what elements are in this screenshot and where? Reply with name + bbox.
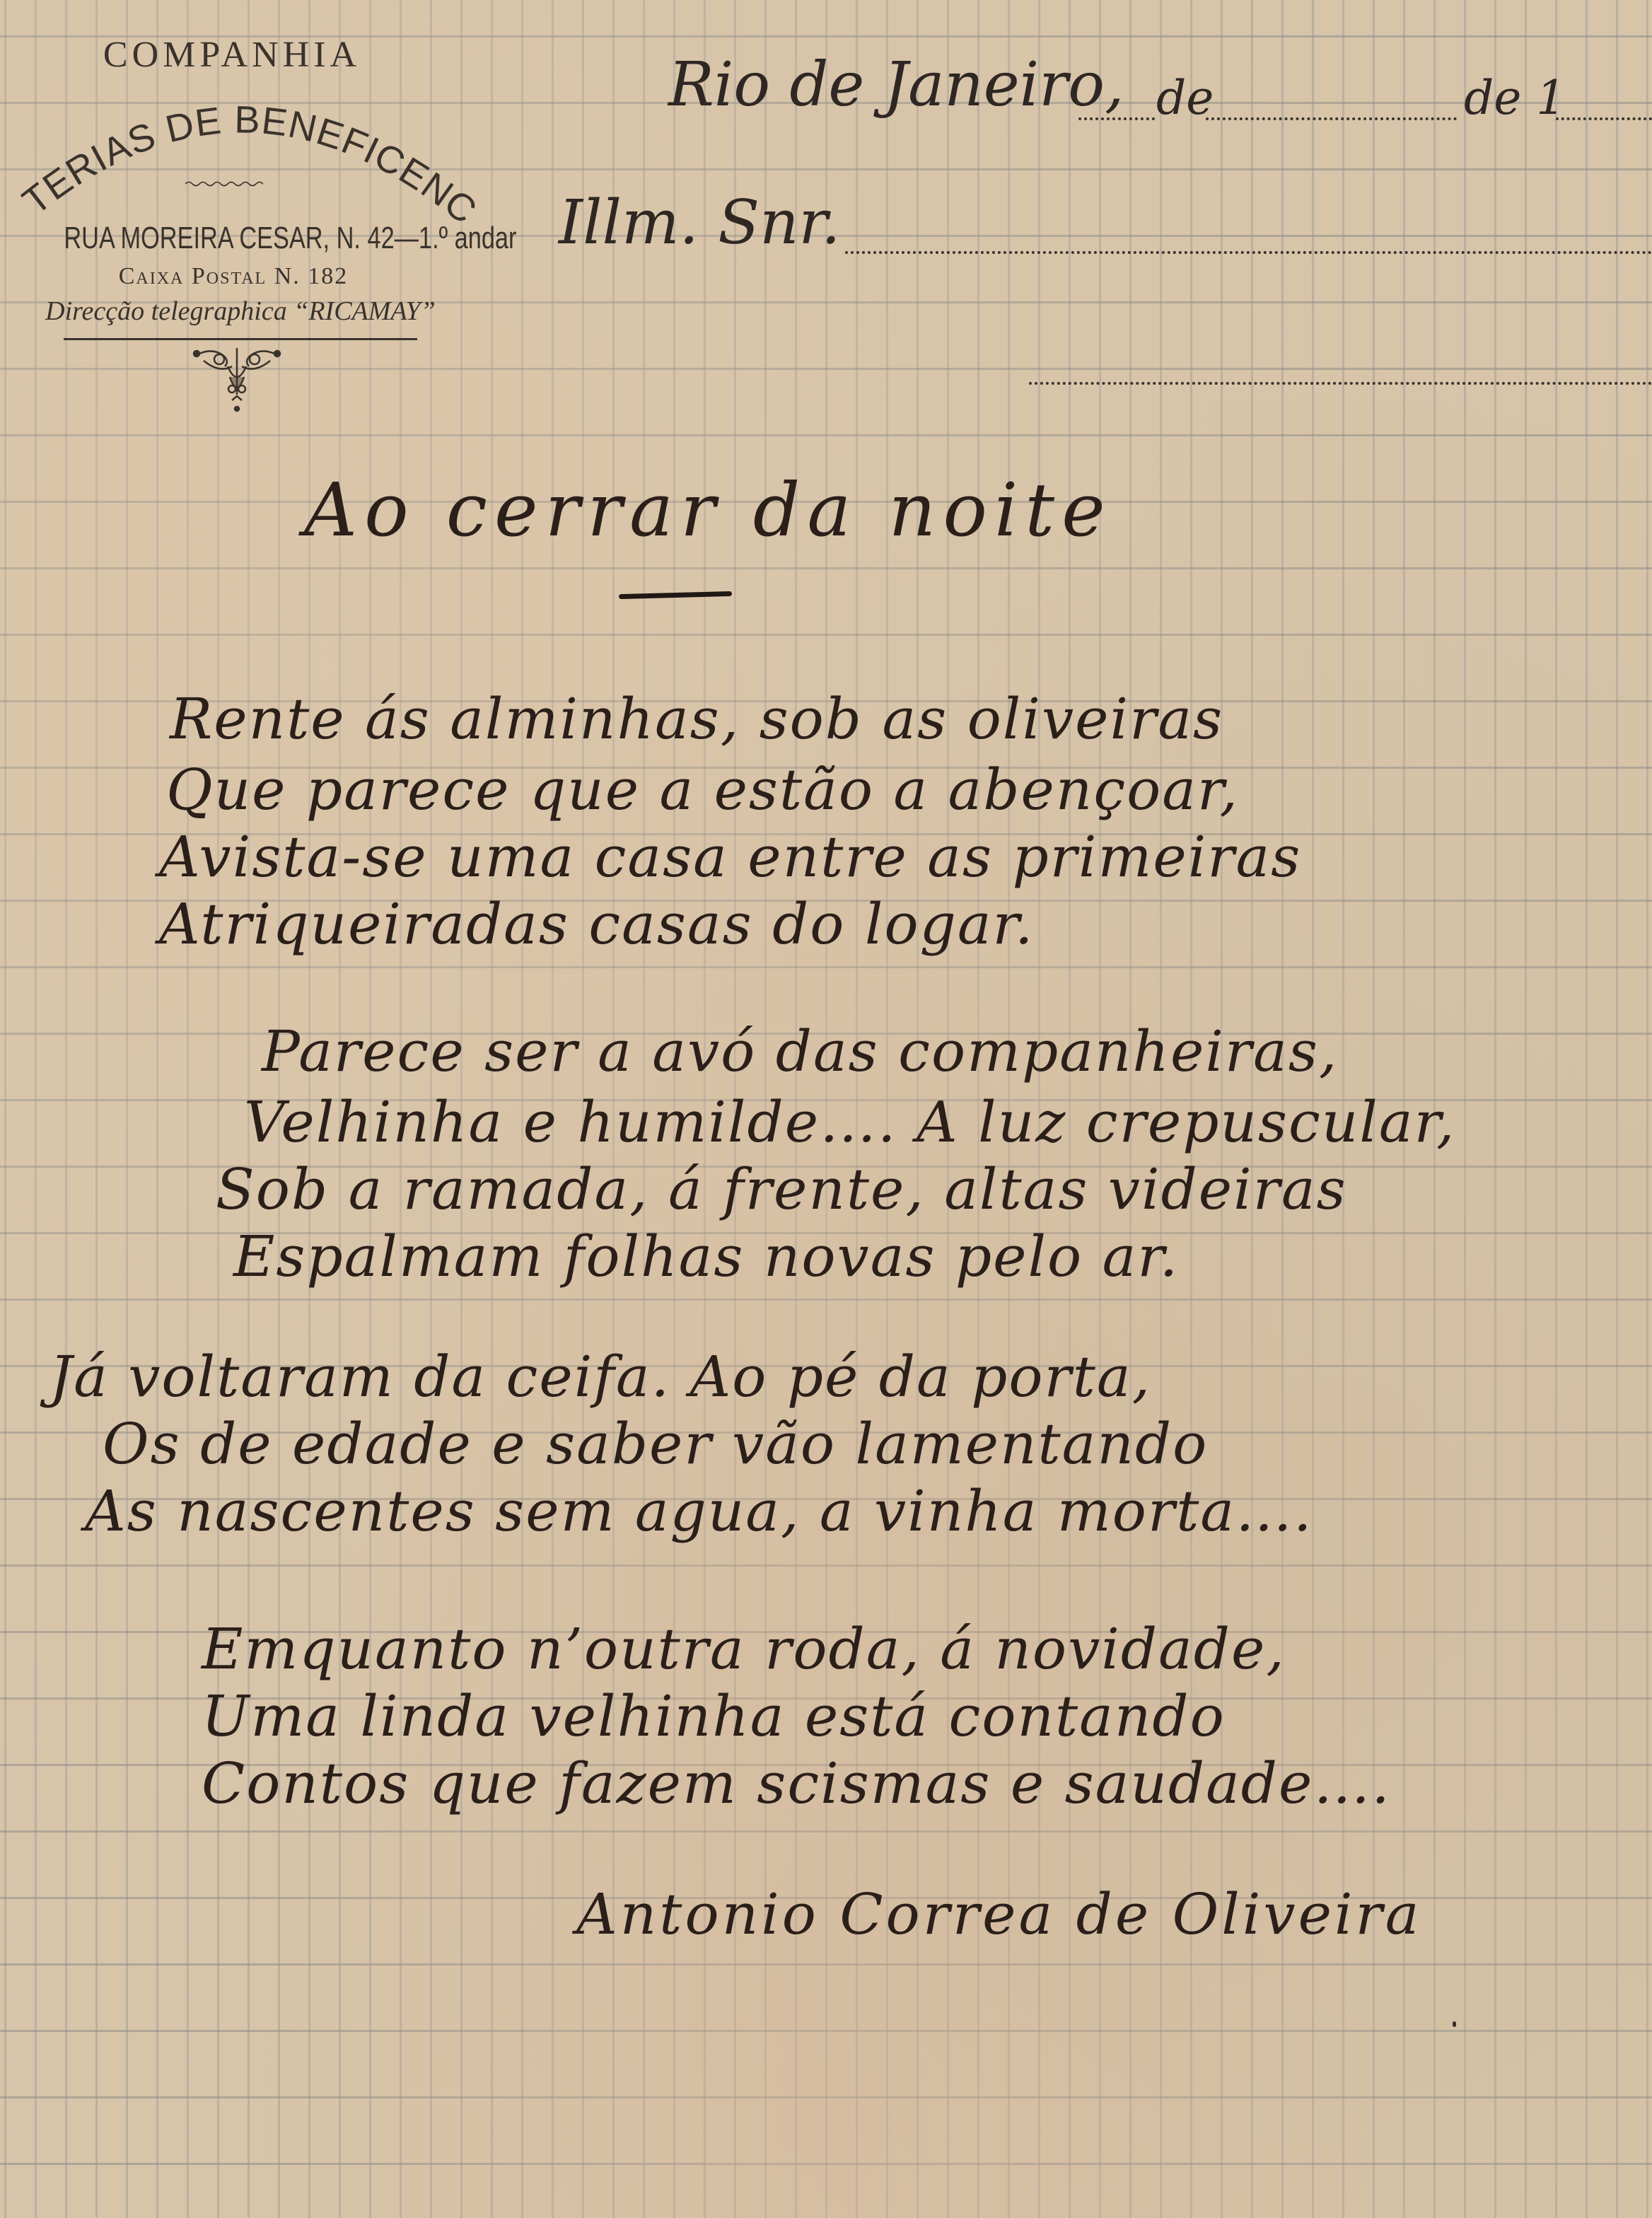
poem-line: As nascentes sem agua, a vinha morta…. xyxy=(85,1478,1313,1544)
salutation: Illm. Snr. xyxy=(559,187,841,258)
day-field[interactable] xyxy=(1078,117,1155,120)
recipient-field[interactable] xyxy=(845,251,1652,254)
poem-line: Espalmam folhas novas pelo ar. xyxy=(233,1224,1179,1289)
poem-line: Avista-se uma casa entre as primeiras xyxy=(159,824,1301,890)
letterhead-address: RUA MOREIRA CESAR, N. 42—1.º andar xyxy=(64,221,417,256)
letterhead-company: COMPANHIA xyxy=(41,34,423,76)
date-city: Rio de Janeiro, xyxy=(668,50,1124,120)
date-year-prefix: de 1 xyxy=(1464,71,1566,125)
title-underline xyxy=(619,591,732,599)
poem-line: Uma linda velhinha está contando xyxy=(202,1683,1226,1749)
squiggle-divider-icon xyxy=(185,180,263,187)
poem-line: Contos que fazem scismas e saudade…. xyxy=(202,1750,1391,1816)
poem-line: Emquanto n’outra roda, á novidade, xyxy=(202,1616,1286,1682)
poem-line: Parece ser a avó das companheiras, xyxy=(262,1018,1338,1084)
ink-speck xyxy=(1453,2021,1456,2027)
letterhead-postal-box: Caixa Postal N. 182 xyxy=(42,263,424,290)
poem-line: Rente ás alminhas, sob as oliveiras xyxy=(170,686,1223,752)
month-field[interactable] xyxy=(1206,117,1457,120)
poem-line: Atriqueiradas casas do logar. xyxy=(159,891,1034,957)
letterhead-rule xyxy=(64,338,417,340)
poem-title: Ao cerrar da noite xyxy=(304,467,1112,553)
year-field[interactable] xyxy=(1556,117,1652,120)
poem-line: Sob a ramada, á frente, altas videiras xyxy=(216,1156,1347,1222)
poem-line: Que parece que a estão a abençoar, xyxy=(166,757,1239,823)
recipient-field-2[interactable] xyxy=(1029,382,1652,385)
letterhead-name: LOTERIAS DE BENEFICENCIA xyxy=(0,85,481,226)
letterhead-name-arc: LOTERIAS DE BENEFICENCIA xyxy=(0,85,481,226)
letterhead-telegraph: Direcção telegraphica “RICAMAY” xyxy=(7,296,474,327)
poem-line: Os de edade e saber vão lamentando xyxy=(103,1411,1208,1477)
signature: Antonio Correa de Oliveira xyxy=(576,1881,1421,1947)
poem-line: Já voltaram da ceifa. Ao pé da porta, xyxy=(50,1344,1151,1410)
fleuron-ornament-icon xyxy=(191,345,283,416)
poem-line: Velhinha e humilde…. A luz crepuscular, xyxy=(244,1089,1455,1155)
